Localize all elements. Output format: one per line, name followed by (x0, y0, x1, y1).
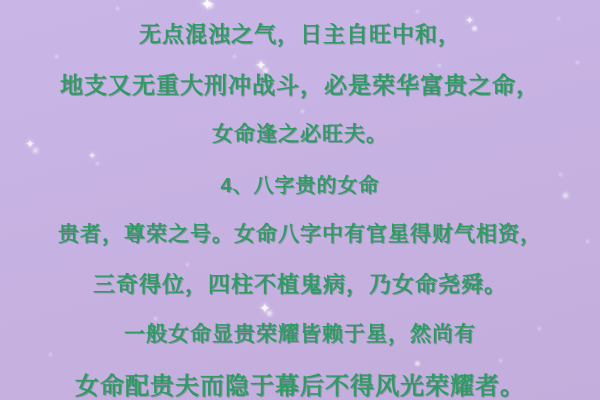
text-line-2: 地支又无重大刑冲战斗，必是荣华富贵之命， (0, 58, 600, 108)
quote-card: ✦ ✦ ✦ ✦ ✦ ✦ 无点混浊之气，日主自旺中和， 地支又无重大刑冲战斗，必是… (0, 0, 600, 400)
text-line-1: 无点混浊之气，日主自旺中和， (0, 8, 600, 58)
text-line-5: 贵者，尊荣之号。女命八字中有官星得财气相资， (0, 208, 600, 258)
text-line-8: 女命配贵夫而隐于幕后不得风光荣耀者。 (0, 358, 600, 400)
text-block: 无点混浊之气，日主自旺中和， 地支又无重大刑冲战斗，必是荣华富贵之命， 女命逢之… (0, 0, 600, 400)
text-line-6: 三奇得位，四柱不植鬼病，乃女命尧舜。 (0, 258, 600, 308)
text-line-3: 女命逢之必旺夫。 (0, 108, 600, 158)
text-line-7: 一般女命显贵荣耀皆赖于星，然尚有 (0, 308, 600, 358)
text-line-4-heading: 4、八字贵的女命 (0, 158, 600, 208)
